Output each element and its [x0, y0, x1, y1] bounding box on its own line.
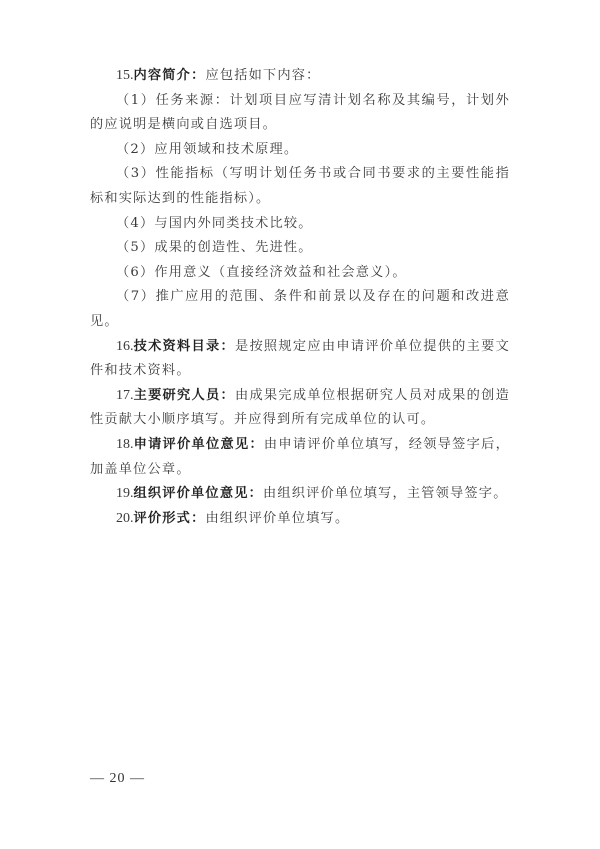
section-number: 17. — [116, 388, 134, 403]
term-colon: ： — [220, 339, 234, 354]
subitem-text: 成果的创造性、先进性。 — [154, 240, 312, 255]
section-text: 由组织评价单位填写。 — [205, 511, 349, 526]
subitem-2: （2）应用领域和技术原理。 — [90, 138, 510, 163]
section-number: 16. — [116, 339, 134, 354]
section-18: 18.申请评价单位意见：由申请评价单位填写，经领导签字后，加盖单位公章。 — [90, 433, 510, 482]
subitem-6: （6）作用意义（直接经济效益和社会意义）。 — [90, 261, 510, 286]
section-number: 15. — [116, 68, 134, 83]
term-colon: ： — [249, 486, 263, 501]
section-15: 15.内容简介：应包括如下内容： — [90, 64, 510, 89]
section-number: 19. — [116, 486, 134, 501]
section-17: 17.主要研究人员：由成果完成单位根据研究人员对成果的创造性贡献大小顺序填写。并… — [90, 384, 510, 433]
section-20: 20.评价形式：由组织评价单位填写。 — [90, 507, 510, 532]
subitem-label: （1） — [116, 93, 156, 108]
term-colon: ： — [191, 511, 205, 526]
subitem-4: （4）与国内外同类技术比较。 — [90, 212, 510, 237]
term-colon: ： — [191, 68, 205, 83]
section-number: 20. — [116, 511, 134, 526]
section-16: 16.技术资料目录：是按照规定应由申请评价单位提供的主要文件和技术资料。 — [90, 335, 510, 384]
subitem-5: （5）成果的创造性、先进性。 — [90, 236, 510, 261]
subitem-label: （7） — [116, 289, 156, 304]
subitem-text: 作用意义（直接经济效益和社会意义）。 — [154, 265, 406, 280]
section-text: 由组织评价单位填写，主管领导签字。 — [263, 486, 508, 501]
subitem-label: （2） — [116, 142, 154, 157]
section-text: 应包括如下内容： — [205, 68, 320, 83]
section-term: 评价形式 — [134, 511, 192, 526]
section-term: 申请评价单位意见 — [134, 437, 250, 452]
subitem-text: 应用领域和技术原理。 — [154, 142, 298, 157]
subitem-label: （4） — [116, 216, 154, 231]
subitem-text: 与国内外同类技术比较。 — [154, 216, 312, 231]
section-number: 18. — [116, 437, 134, 452]
page-number: — 20 — — [90, 771, 145, 787]
subitem-1: （1）任务来源：计划项目应写清计划名称及其编号，计划外的应说明是横向或自选项目。 — [90, 89, 510, 138]
section-term: 技术资料目录 — [134, 339, 221, 354]
term-colon: ： — [220, 388, 234, 403]
subitem-3: （3）性能指标（写明计划任务书或合同书要求的主要性能指标和实际达到的性能指标）。 — [90, 162, 510, 211]
document-body: 15.内容简介：应包括如下内容： （1）任务来源：计划项目应写清计划名称及其编号… — [90, 64, 510, 531]
section-19: 19.组织评价单位意见：由组织评价单位填写，主管领导签字。 — [90, 482, 510, 507]
section-term: 主要研究人员 — [134, 388, 221, 403]
subitem-label: （6） — [116, 265, 154, 280]
section-term: 组织评价单位意见 — [134, 486, 249, 501]
subitem-7: （7）推广应用的范围、条件和前景以及存在的问题和改进意见。 — [90, 285, 510, 334]
subitem-label: （3） — [116, 166, 156, 181]
section-term: 内容简介 — [134, 68, 192, 83]
subitem-label: （5） — [116, 240, 154, 255]
term-colon: ： — [249, 437, 263, 452]
